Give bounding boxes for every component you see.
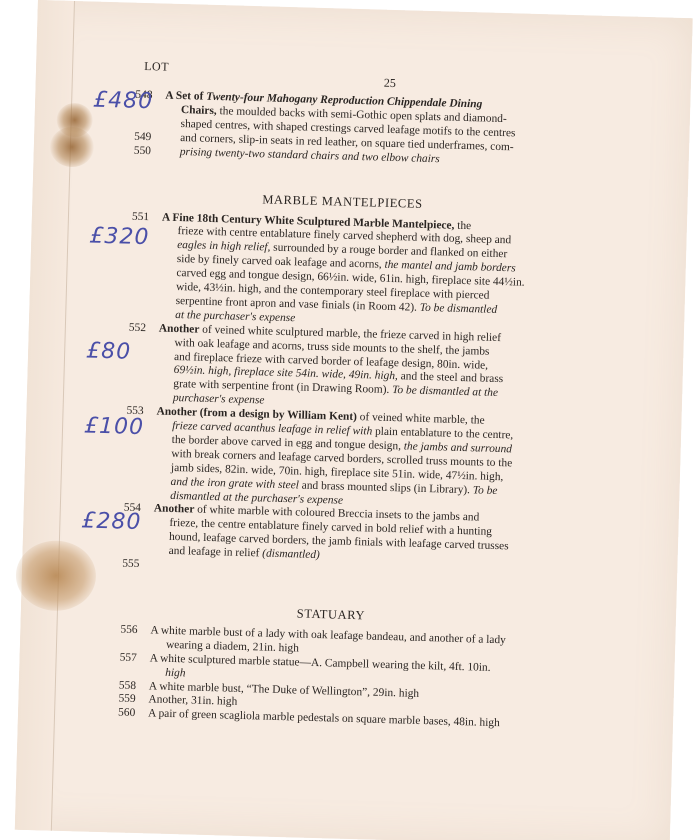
- text-run: wearing a diadem, 21in. high: [166, 639, 299, 655]
- section-heading: MARBLE MANTELPIECES: [32, 185, 652, 217]
- text-run: the jambs and surround: [404, 440, 512, 455]
- text-run: To be dismantled at the: [392, 384, 498, 399]
- text-run: of veined white marble, the: [357, 411, 485, 427]
- text-run: the: [454, 219, 471, 231]
- lot-number: 558: [119, 679, 147, 694]
- lot-description: Another of veined white sculptured marbl…: [157, 322, 569, 417]
- lot-entry: 552Another of veined white sculptured ma…: [127, 321, 569, 417]
- text-run: and the iron grate with steel: [170, 476, 299, 492]
- empty-lot-number: 555: [122, 558, 139, 570]
- empty-lot-number: 549: [134, 130, 151, 142]
- lot-description: A Set of Twenty-four Mahogany Reproducti…: [164, 90, 576, 171]
- empty-lot-number: 550: [134, 144, 151, 156]
- text-run: To be dismantled: [420, 302, 498, 316]
- lot-number: 559: [118, 693, 146, 708]
- page-number: 25: [384, 76, 396, 91]
- lot-number: 557: [119, 651, 147, 666]
- lot-entry: 551A Fine 18th Century White Sculptured …: [129, 210, 572, 333]
- handwritten-price: £80: [86, 338, 132, 364]
- lot-column-label: LOT: [144, 59, 169, 75]
- lot-description: Another (from a design by William Kent) …: [154, 406, 567, 515]
- handwritten-price: £100: [84, 414, 145, 441]
- text-run: purchaser's expense: [173, 392, 265, 407]
- lot-title: Another: [154, 503, 195, 516]
- lot-number: 560: [118, 707, 146, 722]
- text-run: the mantel and jamb borders: [384, 259, 515, 275]
- lot-description: Another of white marble with coloured Br…: [152, 503, 563, 570]
- lot-number: 552: [129, 321, 157, 336]
- text-run: and leafage in relief: [168, 545, 262, 560]
- text-run: eagles in high relief,: [177, 239, 271, 254]
- lot-entry: 548A Set of Twenty-four Mahogany Reprodu…: [134, 89, 576, 171]
- lot-entry: 553Another (from a design by William Ken…: [124, 405, 567, 515]
- lot-title: Chairs,: [181, 104, 217, 117]
- text-run: To be: [473, 484, 498, 497]
- text-run: and the steel and brass: [398, 371, 504, 386]
- text-run: Another, 31in. high: [148, 694, 237, 708]
- handwritten-price: £280: [81, 509, 142, 536]
- text-run: high: [165, 666, 186, 679]
- catalogue-page: LOT 25 548A Set of Twenty-four Mahogany …: [15, 0, 693, 840]
- handwritten-price: £320: [89, 223, 150, 250]
- rust-stain: [49, 126, 94, 167]
- lot-title: Another: [159, 322, 200, 335]
- lot-entry: 554Another of white marble with coloured…: [122, 502, 563, 570]
- section-heading: STATUARY: [21, 599, 641, 631]
- lot-number: 556: [120, 623, 148, 638]
- text-run: (dismantled): [262, 548, 320, 562]
- text-run: at the purchaser's expense: [175, 309, 295, 324]
- lot-description: A Fine 18th Century White Sculptured Mar…: [159, 211, 572, 334]
- lot-title: A Set of: [165, 90, 206, 103]
- handwritten-price: £480: [93, 88, 154, 115]
- catalogue-entries: 548A Set of Twenty-four Mahogany Reprodu…: [38, 0, 693, 18]
- lot-number: 551: [132, 210, 160, 225]
